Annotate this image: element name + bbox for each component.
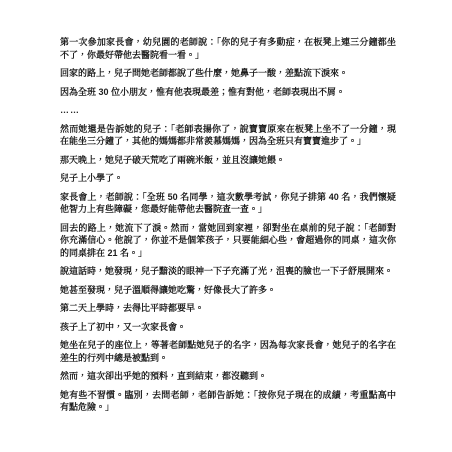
story-paragraph: 那天晚上，她兒子破天荒吃了兩碗米飯，並且沒讓她餵。	[60, 154, 396, 167]
ellipsis-line: ……	[60, 104, 396, 117]
story-text-column: 第一次參加家長會，幼兒園的老師說：「你的兒子有多動症，在板凳上連三分鐘都坐不了，…	[60, 36, 396, 420]
story-paragraph: 回家的路上，兒子問她老師都說了些什麼，她鼻子一酸，差點流下淚來。	[60, 67, 396, 80]
story-paragraph: 家長會上，老師說：「全班 50 名同學，這次數學考試，你兒子排第 40 名，我們…	[60, 191, 396, 216]
story-paragraph: 她坐在兒子的座位上，等著老師點她兒子的名字，因為每次家長會，她兒子的名字在差生的…	[60, 339, 396, 364]
story-paragraph: 她有些不習慣。臨別，去問老師，老師告訴她：「按你兒子現在的成績，考重點高中有點危…	[60, 389, 396, 414]
story-paragraph: 兒子上小學了。	[60, 172, 396, 185]
story-paragraph: 然而她還是告訴她的兒子：「老師表揚你了，說寶寶原來在板凳上坐不了一分鐘，現在能坐…	[60, 123, 396, 148]
story-paragraph: 孩子上了初中，又一次家長會。	[60, 321, 396, 334]
story-paragraph: 她甚至發現，兒子溫順得讓她吃驚，好像長大了許多。	[60, 284, 396, 297]
document-page: 第一次參加家長會，幼兒園的老師說：「你的兒子有多動症，在板凳上連三分鐘都坐不了，…	[0, 0, 452, 452]
story-paragraph: 說這話時，她發現，兒子黯淡的眼神一下子充滿了光，沮喪的臉也一下子舒展開來。	[60, 265, 396, 278]
story-paragraph: 回去的路上，她流下了淚。然而，當她回到家裡，卻對坐在桌前的兒子說：「老師對你充滿…	[60, 222, 396, 260]
story-paragraph: 第二天上學時，去得比平時都要早。	[60, 302, 396, 315]
story-paragraph: 因為全班 30 位小朋友，惟有他表現最差；惟有對他，老師表現出不屑。	[60, 86, 396, 99]
story-paragraph: 第一次參加家長會，幼兒園的老師說：「你的兒子有多動症，在板凳上連三分鐘都坐不了，…	[60, 36, 396, 61]
story-paragraph: 然而，這次卻出乎她的預料，直到結束，都沒聽到。	[60, 370, 396, 383]
